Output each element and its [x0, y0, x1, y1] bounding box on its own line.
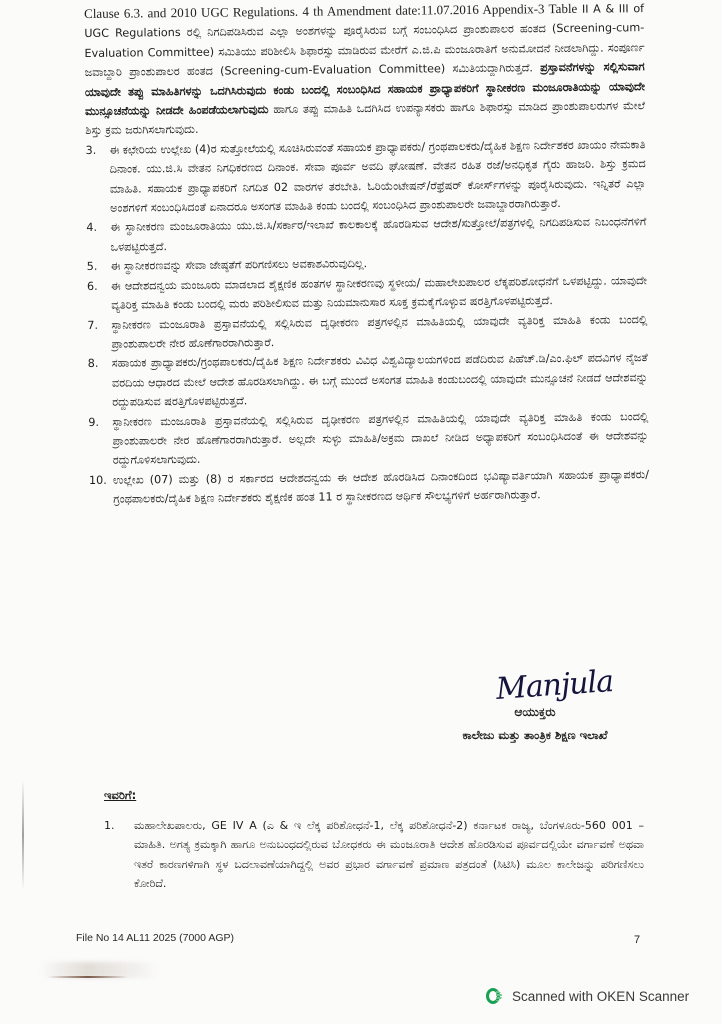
scan-line-artifact — [48, 976, 128, 978]
signature-block: Manjula ಆಯುಕ್ತರು ಕಾಲೇಜು ಮತ್ತು ತಾಂತ್ರಿಕ ಶ… — [420, 668, 660, 743]
condition-number: 7. — [87, 315, 98, 335]
condition-item: 8.ಸಹಾಯಕ ಪ್ರಾಧ್ಯಾಪಕರು/ಗ್ರಂಥಪಾಲಕರು/ದೈಹಿಕ ಶ… — [88, 348, 649, 412]
condition-text: ಸ್ಥಾನೀಕರಣ ಮಂಜೂರಾತಿ ಪ್ರಸ್ತಾವನೆಯಲ್ಲಿ ಸಲ್ಲಿ… — [111, 313, 647, 351]
scanned-document-page: Clause 6.3. and 2010 UGC Regulations. 4 … — [0, 0, 722, 1024]
signatory-department: ಕಾಲೇಜು ಮತ್ತು ತಾಂತ್ರಿಕ ಶಿಕ್ಷಣ ಇಲಾಖೆ — [410, 728, 660, 743]
condition-item: 10.ಉಲ್ಲೇಖ (07) ಮತ್ತು (8) ರ ಸರ್ಕಾರದ ಆದೇಶದ… — [89, 465, 649, 510]
condition-number: 3. — [85, 141, 96, 161]
condition-text: ಈ ಸ್ಥಾನೀಕರಣವನ್ನು ಸೇವಾ ಜೇಷ್ಠತೆಗೆ ಪರಿಗಣಿಸಲ… — [111, 257, 367, 273]
condition-item: 3.ಈ ಕಛೇರಿಯ ಉಲ್ಲೇಖ (4)ರ ಸುತ್ತೋಲೆಯಲ್ಲಿ ಸೂಚ… — [85, 135, 646, 218]
condition-item: 9.ಸ್ಥಾನೀಕರಣ ಮಂಜೂರಾತಿ ಪ್ರಸ್ತಾವನೆಯಲ್ಲಿ ಸಲ್… — [88, 407, 649, 471]
opening-line-regulation: Clause 6.3. and 2010 UGC Regulations. 4 … — [84, 1, 577, 21]
condition-number: 9. — [88, 412, 99, 432]
condition-text: ಸಹಾಯಕ ಪ್ರಾಧ್ಯಾಪಕರು/ಗ್ರಂಥಪಾಲಕರು/ದೈಹಿಕ ಶಿಕ… — [112, 351, 648, 408]
watermark-text: Scanned with OKEN Scanner — [512, 989, 689, 1004]
condition-number: 8. — [88, 354, 99, 374]
condition-item: 6.ಈ ಆದೇಶದನ್ವಯ ಮಂಜೂರು ಮಾಡಲಾದ ಶೈಕ್ಷಣಿಕ ಹಂತ… — [87, 271, 647, 316]
condition-text: ಸ್ಥಾನೀಕರಣ ಮಂಜೂರಾತಿ ಪ್ರಸ್ತಾವನೆಯಲ್ಲಿ ಸಲ್ಲಿ… — [112, 410, 648, 467]
condition-number: 10. — [89, 471, 107, 491]
condition-item: 4.ಈ ಸ್ಥಾನೀಕರಣ ಮಂಜೂರಾತಿಯು ಯು.ಜಿ.ಸಿ/ಸರ್ಕಾರ… — [86, 213, 646, 258]
numbered-conditions-list: 3.ಈ ಕಛೇರಿಯ ಉಲ್ಲೇಖ (4)ರ ಸುತ್ತೋಲೆಯಲ್ಲಿ ಸೂಚ… — [85, 135, 649, 510]
signatory-title: ಆಯುಕ್ತರು — [410, 705, 660, 720]
condition-number: 5. — [87, 257, 98, 277]
condition-number: 6. — [87, 277, 98, 297]
condition-item: 7.ಸ್ಥಾನೀಕರಣ ಮಂಜೂರಾತಿ ಪ್ರಸ್ತಾವನೆಯಲ್ಲಿ ಸಲ್… — [87, 310, 647, 355]
condition-text: ಈ ಕಛೇರಿಯ ಉಲ್ಲೇಖ (4)ರ ಸುತ್ತೋಲೆಯಲ್ಲಿ ಸೂಚಿಸ… — [109, 138, 646, 215]
condition-text: ಉಲ್ಲೇಖ (07) ಮತ್ತು (8) ರ ಸರ್ಕಾರದ ಆದೇಶದನ್ವ… — [113, 468, 649, 506]
copy-to-heading: ಇವರಿಗೆ: — [104, 786, 644, 806]
condition-text: ಈ ಸ್ಥಾನೀಕರಣ ಮಂಜೂರಾತಿಯು ಯು.ಜಿ.ಸಿ/ಸರ್ಕಾರ/ಇ… — [110, 216, 646, 254]
copy-to-section: ಇವರಿಗೆ: 1.ಮಹಾಲೇಖಪಾಲರು, GE IV A (ಎ & ಇ ಲೆ… — [104, 786, 644, 894]
file-number: File No 14 AL11 2025 (7000 AGP) — [76, 932, 234, 944]
handwritten-signature: Manjula — [495, 664, 614, 707]
condition-text: ಈ ಆದೇಶದನ್ವಯ ಮಂಜೂರು ಮಾಡಲಾದ ಶೈಕ್ಷಣಿಕ ಹಂತಗಳ… — [111, 274, 647, 312]
condition-number: 4. — [86, 218, 97, 238]
document-body: Clause 6.3. and 2010 UGC Regulations. 4 … — [84, 0, 649, 510]
copy-to-number: 1. — [104, 816, 115, 836]
oken-scanner-logo-icon — [486, 988, 502, 1004]
copy-to-text: ಮಹಾಲೇಖಪಾಲರು, GE IV A (ಎ & ಇ ಲೆಕ್ಕ ಪರಿಶೋಧ… — [134, 819, 644, 891]
scan-margin-artifact — [22, 780, 24, 890]
page-number: 7 — [634, 934, 640, 946]
opening-paragraph: Clause 6.3. and 2010 UGC Regulations. 4 … — [84, 0, 645, 141]
scanner-watermark: Scanned with OKEN Scanner — [486, 988, 689, 1004]
copy-to-item: 1.ಮಹಾಲೇಖಪಾಲರು, GE IV A (ಎ & ಇ ಲೆಕ್ಕ ಪರಿಶ… — [104, 816, 644, 894]
copy-to-list: 1.ಮಹಾಲೇಖಪಾಲರು, GE IV A (ಎ & ಇ ಲೆಕ್ಕ ಪರಿಶ… — [104, 816, 644, 894]
